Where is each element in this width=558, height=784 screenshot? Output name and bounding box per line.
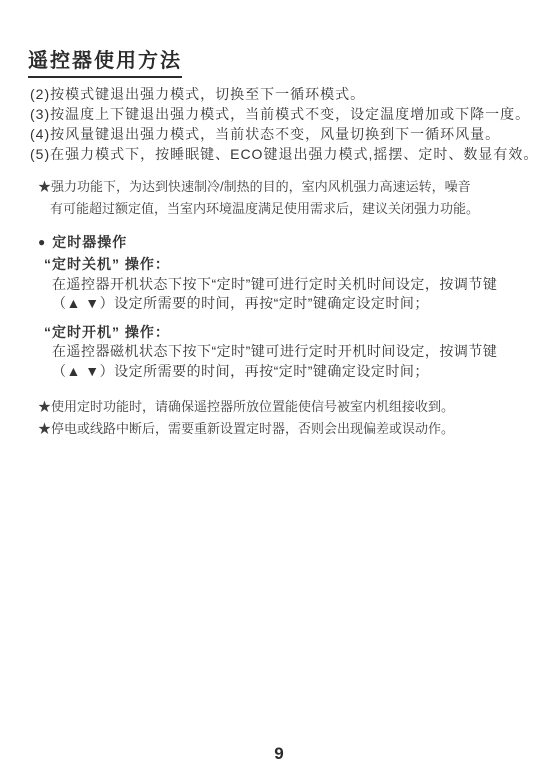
timer-off-line-2: （▲ ▼）设定所需要的时间，再按“定时”键确定设定时间； bbox=[52, 293, 429, 313]
timer-notes: ★使用定时功能时，请确保遥控器所放位置能使信号被室内机组接收到。 ★停电或线路中… bbox=[38, 396, 454, 440]
timer-off-heading: “定时关机” 操作： bbox=[44, 254, 170, 274]
power-mode-note: ★强力功能下，为达到快速制冷/制热的目的，室内风机强力高速运转，噪音 有可能超过… bbox=[38, 176, 479, 220]
instruction-item-5: (5)在强力模式下，按睡眠键、ECO键退出强力模式,摇摆、定时、数显有效。 bbox=[30, 144, 538, 164]
timer-on-line-1: 在遥控器磁机状态下按下“定时”键可进行定时开机时间设定，按调节键 bbox=[52, 341, 497, 361]
manual-page: 遥控器使用方法 (2)按模式键退出强力模式，切换至下一循环模式。 (3)按温度上… bbox=[0, 0, 558, 784]
bullet-icon: ● bbox=[38, 235, 46, 249]
timer-off-line-1: 在遥控器开机状态下按下“定时”键可进行定时关机时间设定，按调节键 bbox=[52, 274, 497, 294]
instruction-item-3: (3)按温度上下键退出强力模式，当前模式不变，设定温度增加或下降一度。 bbox=[30, 104, 538, 124]
power-note-line-1: ★强力功能下，为达到快速制冷/制热的目的，室内风机强力高速运转，噪音 bbox=[38, 176, 479, 198]
instruction-item-2: (2)按模式键退出强力模式，切换至下一循环模式。 bbox=[30, 84, 538, 104]
timer-on-line-2: （▲ ▼）设定所需要的时间，再按“定时”键确定设定时间； bbox=[52, 361, 429, 381]
page-number: 9 bbox=[0, 744, 558, 764]
page-title: 遥控器使用方法 bbox=[28, 44, 182, 78]
timer-on-heading: “定时开机” 操作： bbox=[44, 322, 170, 342]
timer-note-2: ★停电或线路中断后，需要重新设置定时器，否则会出现偏差或误动作。 bbox=[38, 418, 454, 440]
power-mode-instruction-list: (2)按模式键退出强力模式，切换至下一循环模式。 (3)按温度上下键退出强力模式… bbox=[30, 84, 538, 164]
timer-heading-label: 定时器操作 bbox=[52, 234, 127, 250]
timer-note-1: ★使用定时功能时，请确保遥控器所放位置能使信号被室内机组接收到。 bbox=[38, 396, 454, 418]
timer-section-heading: ●定时器操作 bbox=[38, 232, 127, 252]
power-note-line-2: 有可能超过额定值，当室内环境温度满足使用需求后，建议关闭强力功能。 bbox=[38, 198, 479, 220]
instruction-item-4: (4)按风量键退出强力模式，当前状态不变，风量切换到下一循环风量。 bbox=[30, 124, 538, 144]
